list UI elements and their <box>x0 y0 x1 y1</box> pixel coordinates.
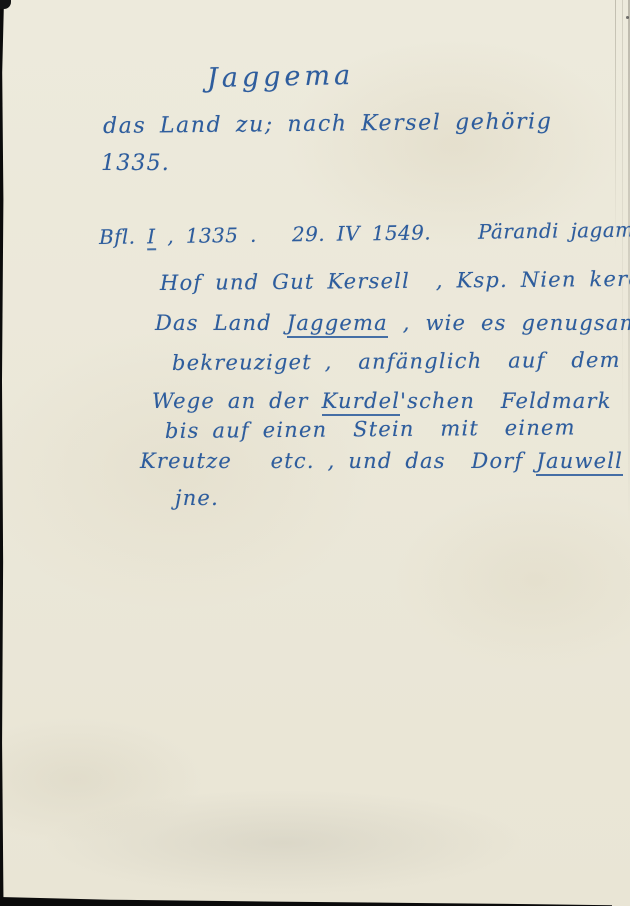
note-body-line-5: bis auf einen Stein mit einem <box>165 412 576 446</box>
note-body-line-4: Wege an der Kurdel'schen Feldmark <box>152 386 612 416</box>
note-body-line-6: Kreutze etc. , und das Dorf Jauwell <box>140 446 623 476</box>
body-line2-post: , wie es genugsam <box>388 311 630 335</box>
body-line2-pre: Das Land <box>155 311 287 335</box>
paper-crease-right-outer <box>615 0 616 250</box>
note-subtitle-line1: das Land zu; nach Kersel gehörig <box>103 107 553 142</box>
reference-rest: , 1335 . 29. IV 1549. Pärandi jagamine — <box>155 217 630 249</box>
note-body-line-3: bekreuziget , anfänglich auf dem <box>172 345 621 378</box>
note-body-line-2: Das Land Jaggema , wie es genugsam <box>155 308 630 338</box>
body-line6-underlined-word: Jauwell <box>536 449 623 476</box>
body-line4-pre: Wege an der <box>152 389 322 413</box>
reference-prefix: Bfl. <box>99 224 148 249</box>
scanned-document: Jaggema das Land zu; nach Kersel gehörig… <box>0 0 630 906</box>
body-line6-pre: Kreutze etc. , und das Dorf <box>140 449 536 473</box>
scan-speck-top-right <box>626 16 629 19</box>
body-line4-post: 'schen Feldmark <box>400 389 612 413</box>
reference-volume-numeral: I <box>147 224 156 250</box>
note-subtitle-year: 1335. <box>101 149 170 179</box>
note-body-line-1: Hof und Gut Kersell , Ksp. Nien kercken <box>160 263 630 298</box>
note-body-line-7: jne. <box>175 483 219 513</box>
body-line2-underlined-word: Jaggema <box>287 311 388 338</box>
note-title: Jaggema <box>207 61 355 94</box>
body-line4-underlined-word: Kurdel <box>322 389 401 416</box>
paper-crease-right-inner <box>622 0 623 420</box>
